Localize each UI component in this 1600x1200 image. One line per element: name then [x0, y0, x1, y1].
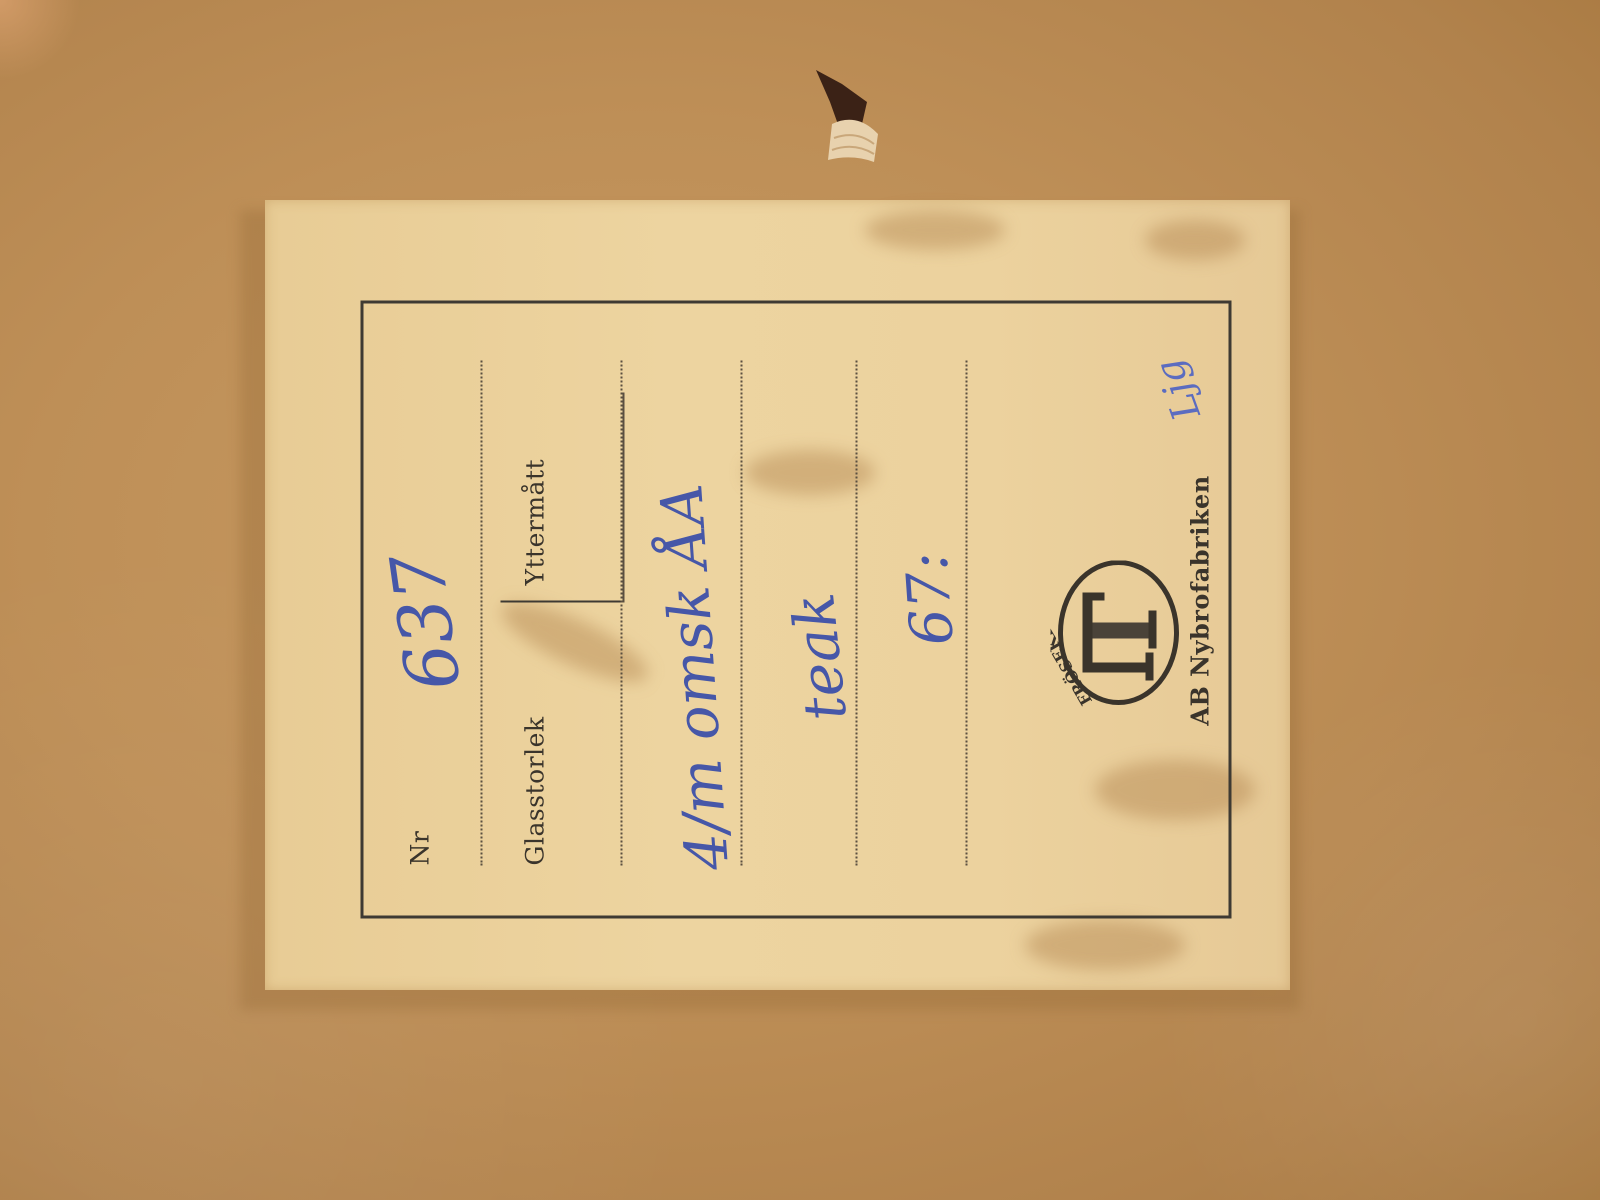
froseke-logo-icon: FRÖSEKE: [1050, 560, 1180, 710]
nr-dotted-line: [480, 360, 482, 865]
handwritten-line-3: 67:: [892, 549, 966, 647]
label-content: Nr 637 Glasstorlek Yttermått 4/m omsk ÅA…: [265, 200, 1290, 990]
torn-staple-icon: [812, 62, 882, 167]
line-2-dotted: [855, 360, 857, 865]
line-1-dotted: [740, 360, 742, 865]
framer-label: Nr 637 Glasstorlek Yttermått 4/m omsk ÅA…: [265, 200, 1290, 990]
yttermatt-label: Yttermått: [520, 458, 549, 585]
glasstorlek-label: Glasstorlek: [520, 716, 549, 865]
handwritten-line-2: teak: [779, 589, 860, 723]
field-divider: [500, 600, 620, 602]
nr-label: Nr: [405, 830, 434, 865]
line-3-dotted: [965, 360, 967, 865]
maker-name: AB Nybrofabriken: [1185, 390, 1214, 810]
size-dotted-line: [620, 360, 622, 865]
